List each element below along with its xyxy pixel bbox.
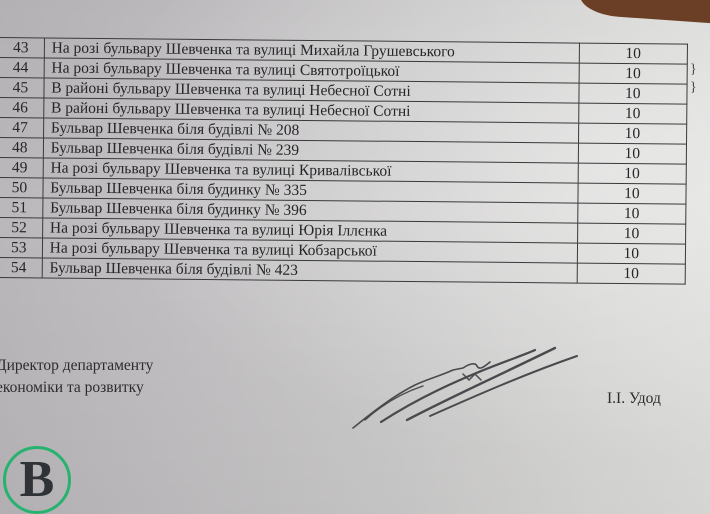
row-number-cell: 48: [0, 137, 43, 157]
watermark-letter: В: [20, 454, 55, 506]
row-number-cell: 43: [0, 37, 44, 57]
value-cell: 10: [577, 223, 685, 244]
row-number-cell: 51: [0, 197, 43, 217]
handwritten-signature: [345, 340, 585, 440]
value-cell: 10: [577, 243, 685, 264]
watermark-logo-icon: В: [3, 446, 71, 514]
row-number-cell: 45: [0, 77, 44, 97]
location-description-cell: Бульвар Шевченка біля будівлі № 423: [42, 258, 577, 283]
value-cell: 10: [578, 103, 686, 124]
margin-bracket-mark: }: [690, 62, 697, 78]
value-cell: 10: [578, 123, 686, 144]
locations-table: 43На розі бульвару Шевченка та вулиці Ми…: [0, 37, 688, 285]
row-number-cell: 52: [0, 217, 43, 237]
value-cell: 10: [578, 183, 686, 204]
value-cell: 10: [577, 263, 685, 284]
margin-bracket-mark: }: [690, 80, 697, 96]
row-number-cell: 47: [0, 117, 43, 137]
row-number-cell: 50: [0, 177, 43, 197]
value-cell: 10: [577, 203, 685, 224]
signer-position-line-2: економіки та розвитку: [0, 377, 153, 399]
signer-position-line-1: Директор департаменту: [0, 355, 153, 377]
value-cell: 10: [579, 43, 687, 64]
value-cell: 10: [578, 163, 686, 184]
signature-title: Директор департаменту економіки та розви…: [0, 355, 153, 399]
row-number-cell: 46: [0, 97, 44, 117]
row-number-cell: 54: [0, 257, 42, 277]
row-number-cell: 44: [0, 57, 44, 77]
row-number-cell: 53: [0, 237, 42, 257]
value-cell: 10: [578, 143, 686, 164]
wooden-table-corner: [578, 0, 710, 32]
row-number-cell: 49: [0, 157, 43, 177]
signer-name: І.І. Удод: [607, 390, 661, 408]
value-cell: 10: [579, 83, 687, 104]
value-cell: 10: [579, 63, 687, 84]
